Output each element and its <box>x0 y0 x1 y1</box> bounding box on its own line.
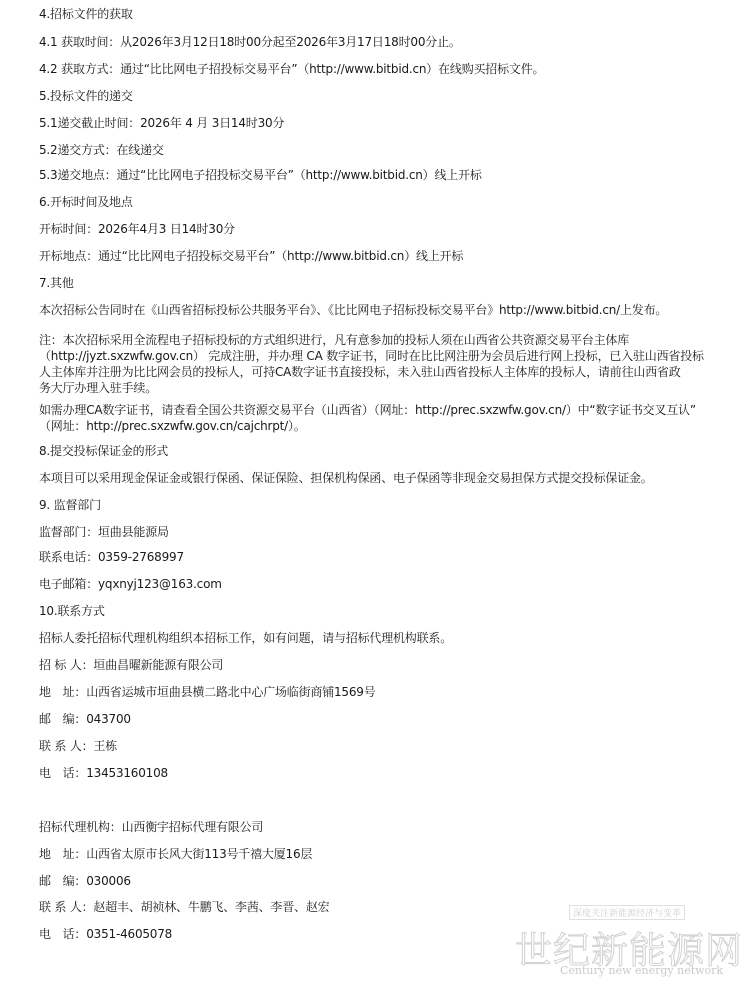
section-9-heading: 9. 监督部门 <box>39 497 101 513</box>
section-10-heading: 10.联系方式 <box>39 603 105 619</box>
section-8-heading: 8.提交投标保证金的形式 <box>39 443 168 459</box>
note-line: （http://jyzt.sxzwfw.gov.cn） 完成注册，并办理 CA … <box>39 348 711 364</box>
watermark-subtitle: Century new energy network <box>560 964 723 977</box>
note-line: 注：本次招标采用全流程电子招标投标的方式组织进行，凡有意参加的投标人须在山西省公… <box>39 332 711 348</box>
section-7-heading: 7.其他 <box>39 275 74 291</box>
agency-address: 地 址：山西省太原市长风大街113号千禧大厦16层 <box>39 846 312 862</box>
site-watermark: 深度关注新能源经济与变革 世纪新能源网 Century new energy n… <box>515 900 749 981</box>
deposit-forms: 本项目可以采用现金保证金或银行保函、保证保险、担保机构保函、电子保函等非现金交易… <box>39 470 653 486</box>
tenderer-phone: 电 话：13453160108 <box>39 765 168 781</box>
tenderer-name: 招 标 人：垣曲昌曜新能源有限公司 <box>39 657 223 673</box>
submit-deadline: 5.1递交截止时间：2026年 4 月 3日14时30分 <box>39 115 284 131</box>
contact-intro: 招标人委托招标代理机构组织本招标工作，如有问题，请与招标代理机构联系。 <box>39 630 452 646</box>
supervisor-dept: 监督部门：垣曲县能源局 <box>39 524 169 540</box>
submit-place: 5.3递交地点：通过“比比网电子招投标交易平台”（http://www.bitb… <box>39 167 482 183</box>
acquire-method: 4.2 获取方式：通过“比比网电子招投标交易平台”（http://www.bit… <box>39 61 544 77</box>
publish-notice: 本次招标公告同时在《山西省招标投标公共服务平台》、《比比网电子招标投标交易平台》… <box>39 302 667 318</box>
agency-postcode: 邮 编：030006 <box>39 873 131 889</box>
tenderer-postcode: 邮 编：043700 <box>39 711 131 727</box>
registration-note: 注：本次招标采用全流程电子招标投标的方式组织进行，凡有意参加的投标人须在山西省公… <box>39 332 711 396</box>
tenderer-contact: 联 系 人：王栋 <box>39 738 117 754</box>
tenderer-address: 地 址：山西省运城市垣曲县横二路北中心广场临街商铺1569号 <box>39 684 376 700</box>
note-line: 人主体库并注册为比比网会员的投标人，可持CA数字证书直接投标，未入驻山西省投标人… <box>39 364 711 380</box>
opening-place: 开标地点：通过“比比网电子招投标交易平台”（http://www.bitbid.… <box>39 248 463 264</box>
section-4-heading: 4.招标文件的获取 <box>39 6 133 22</box>
note-line: 务大厅办理入驻手续。 <box>39 380 711 396</box>
supervisor-phone: 联系电话：0359-2768997 <box>39 549 184 565</box>
agency-name: 招标代理机构：山西衡宇招标代理有限公司 <box>39 819 263 835</box>
watermark-tagline: 深度关注新能源经济与变革 <box>569 905 685 920</box>
supervisor-email: 电子邮箱：yqxnyj123@163.com <box>39 576 222 592</box>
submit-method: 5.2递交方式：在线递交 <box>39 142 164 158</box>
opening-time: 开标时间：2026年4月3 日14时30分 <box>39 221 235 237</box>
ca-certificate-note: 如需办理CA数字证书，请查看全国公共资源交易平台（山西省）（网址：http://… <box>39 402 711 434</box>
acquire-time: 4.1 获取时间：从2026年3月12日18时00分起至2026年3月17日18… <box>39 34 461 50</box>
ca-line: （网址：http://prec.sxzwfw.gov.cn/cajchrpt/）… <box>39 418 711 434</box>
section-5-heading: 5.投标文件的递交 <box>39 88 133 104</box>
ca-line: 如需办理CA数字证书，请查看全国公共资源交易平台（山西省）（网址：http://… <box>39 402 711 418</box>
section-6-heading: 6.开标时间及地点 <box>39 194 133 210</box>
agency-phone: 电 话：0351-4605078 <box>39 926 172 942</box>
agency-contact: 联 系 人：赵超丰、胡祯林、牛鹏飞、李茜、李晋、赵宏 <box>39 899 329 915</box>
